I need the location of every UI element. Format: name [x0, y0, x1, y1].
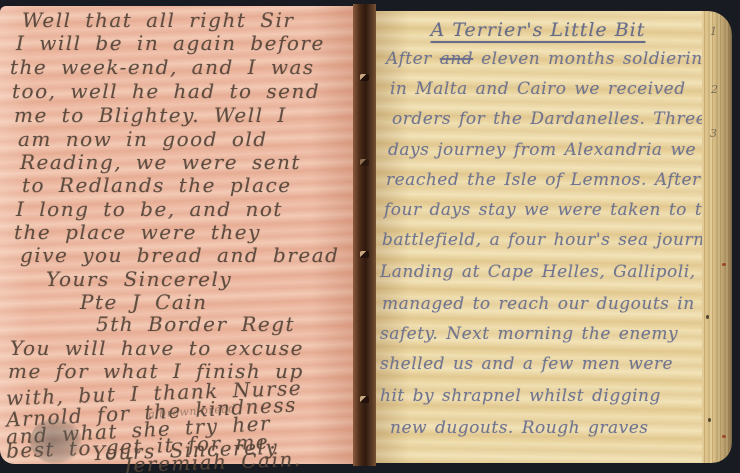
stitch-mark [360, 159, 369, 166]
handwritten-line: After and eleven months soldiering [386, 49, 714, 69]
handwritten-line: the week-end, and I was [10, 55, 315, 79]
stitch-mark [360, 396, 369, 403]
fore-edge-mark: 1 [710, 25, 717, 38]
handwritten-line: Reading, we were sent [20, 150, 301, 174]
handwritten-line: to Redlands the place [22, 173, 292, 197]
handwritten-line: four days stay we were taken to the [384, 200, 724, 220]
handwritten-line: in Malta and Cairo we received [390, 79, 686, 99]
handwritten-line: am now in good old [18, 127, 268, 151]
left-page: Well that all right Sir I will be in aga… [0, 6, 353, 464]
handwritten-line: reached the Isle of Lemnos. After [386, 170, 701, 190]
binding-gutter [353, 4, 376, 466]
edge-speck [706, 315, 709, 319]
handwritten-line: I long to be, and not [16, 197, 283, 221]
red-speck [722, 435, 726, 438]
line-fragment: eleven months soldiering [481, 49, 714, 69]
handwritten-line: Landing at Cape Helles, Gallipoli, we [380, 262, 729, 282]
handwritten-line: I will be in again before [16, 31, 325, 55]
right-page-writing-area: A Terrier's Little Bit After and eleven … [376, 11, 702, 463]
signoff-line: Yours Sincerely [46, 267, 232, 291]
fore-edge-mark: 2 [711, 83, 718, 96]
handwritten-line: You will have to excuse [10, 336, 304, 360]
red-speck [722, 263, 726, 266]
stitch-mark [360, 74, 369, 81]
signature-line: Pte J Cain [80, 290, 208, 314]
regiment-line: 5th Border Regt [96, 312, 295, 336]
right-page: A Terrier's Little Bit After and eleven … [376, 11, 732, 463]
handwritten-line: managed to reach our dugouts in [382, 294, 695, 314]
edge-speck [708, 418, 711, 422]
page-edges: 1 2 3 [702, 11, 732, 463]
line-fragment: After [386, 49, 432, 69]
handwritten-line: shelled us and a few men were [380, 354, 673, 374]
handwritten-line: too, well he had to send [12, 79, 320, 103]
handwritten-line: the place were they [14, 220, 261, 244]
handwritten-line: Well that all right Sir [22, 8, 294, 32]
handwritten-line: battlefield, a four hour's sea journey. [382, 230, 729, 250]
fore-edge-mark: 3 [710, 127, 717, 140]
handwritten-line: days journey from Alexandria we [388, 140, 696, 160]
handwritten-line: safety. Next morning the enemy [380, 324, 678, 344]
page-title: A Terrier's Little Bit [388, 19, 688, 41]
handwritten-line: new dugouts. Rough graves [390, 418, 648, 438]
handwritten-line: hit by shrapnel whilst digging [380, 386, 661, 406]
handwritten-line: me to Blightey. Well I [14, 103, 287, 127]
ink-smudge [30, 418, 82, 464]
stitch-mark [360, 251, 369, 258]
struck-word: and [440, 49, 473, 69]
handwritten-line: orders for the Dardanelles. Three [392, 109, 706, 129]
handwritten-line: give you bread and bread [20, 243, 339, 267]
